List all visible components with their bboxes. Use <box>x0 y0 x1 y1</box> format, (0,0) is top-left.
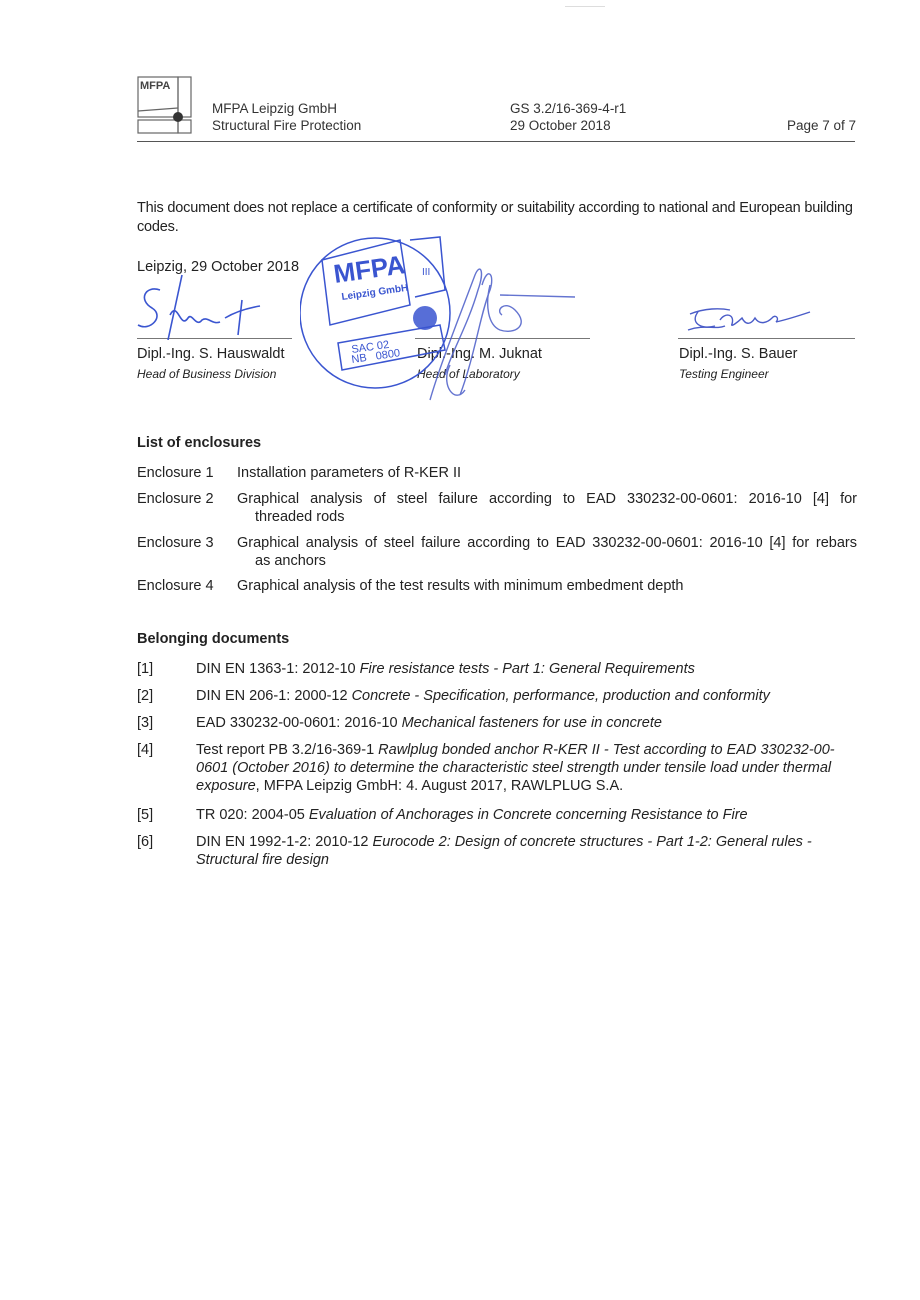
reference-text: TR 020: 2004-05 Evaluation of Anchorages… <box>196 806 856 824</box>
mfpa-logo: MFPA <box>137 76 193 134</box>
enclosure-description: Graphical analysis of steel failure acco… <box>237 490 857 526</box>
enclosure-label: Enclosure 4 <box>137 577 232 595</box>
reference-number: [4] <box>137 741 187 759</box>
header-divider <box>137 141 855 142</box>
company-block: MFPA Leipzig GmbH Structural Fire Protec… <box>212 100 361 134</box>
reference-number: [2] <box>137 687 187 705</box>
reference-number: [1] <box>137 660 187 678</box>
reference-text: DIN EN 206-1: 2000-12 Concrete - Specifi… <box>196 687 856 705</box>
signatory-name-3: Dipl.-Ing. S. Bauer <box>679 346 797 362</box>
enclosure-label: Enclosure 3 <box>137 534 232 552</box>
reference-number: [6] <box>137 833 187 851</box>
enclosure-description: Graphical analysis of the test results w… <box>237 577 857 595</box>
reference-text: DIN EN 1363-1: 2012-10 Fire resistance t… <box>196 660 856 678</box>
document-reference: GS 3.2/16-369-4-r1 <box>510 100 626 117</box>
enclosures-heading: List of enclosures <box>137 435 261 451</box>
reference-text: Test report PB 3.2/16-369-1 Rawlplug bon… <box>196 741 856 795</box>
svg-text:MFPA: MFPA <box>140 80 170 92</box>
belonging-documents-heading: Belonging documents <box>137 631 289 647</box>
reference-text: DIN EN 1992-1-2: 2010-12 Eurocode 2: Des… <box>196 833 856 869</box>
enclosure-label: Enclosure 2 <box>137 490 232 508</box>
company-name: MFPA Leipzig GmbH <box>212 100 361 117</box>
handwritten-signature-bauer <box>680 300 820 340</box>
handwritten-signature-juknat <box>420 255 580 405</box>
document-date: 29 October 2018 <box>510 117 626 134</box>
department-name: Structural Fire Protection <box>212 117 361 134</box>
handwritten-signature-hauswaldt <box>130 270 270 340</box>
signatory-role-1: Head of Business Division <box>137 367 276 381</box>
reference-number: [3] <box>137 714 187 732</box>
signatory-role-3: Testing Engineer <box>679 367 769 381</box>
signatory-name-1: Dipl.-Ing. S. Hauswaldt <box>137 346 284 362</box>
reference-block: GS 3.2/16-369-4-r1 29 October 2018 <box>510 100 626 134</box>
enclosure-description: Graphical analysis of steel failure acco… <box>237 534 857 570</box>
scan-mark <box>565 6 605 7</box>
reference-text: EAD 330232-00-0601: 2016-10 Mechanical f… <box>196 714 856 732</box>
enclosure-label: Enclosure 1 <box>137 464 232 482</box>
reference-number: [5] <box>137 806 187 824</box>
enclosure-description: Installation parameters of R-KER II <box>237 464 857 482</box>
page-number: Page 7 of 7 <box>787 117 856 134</box>
